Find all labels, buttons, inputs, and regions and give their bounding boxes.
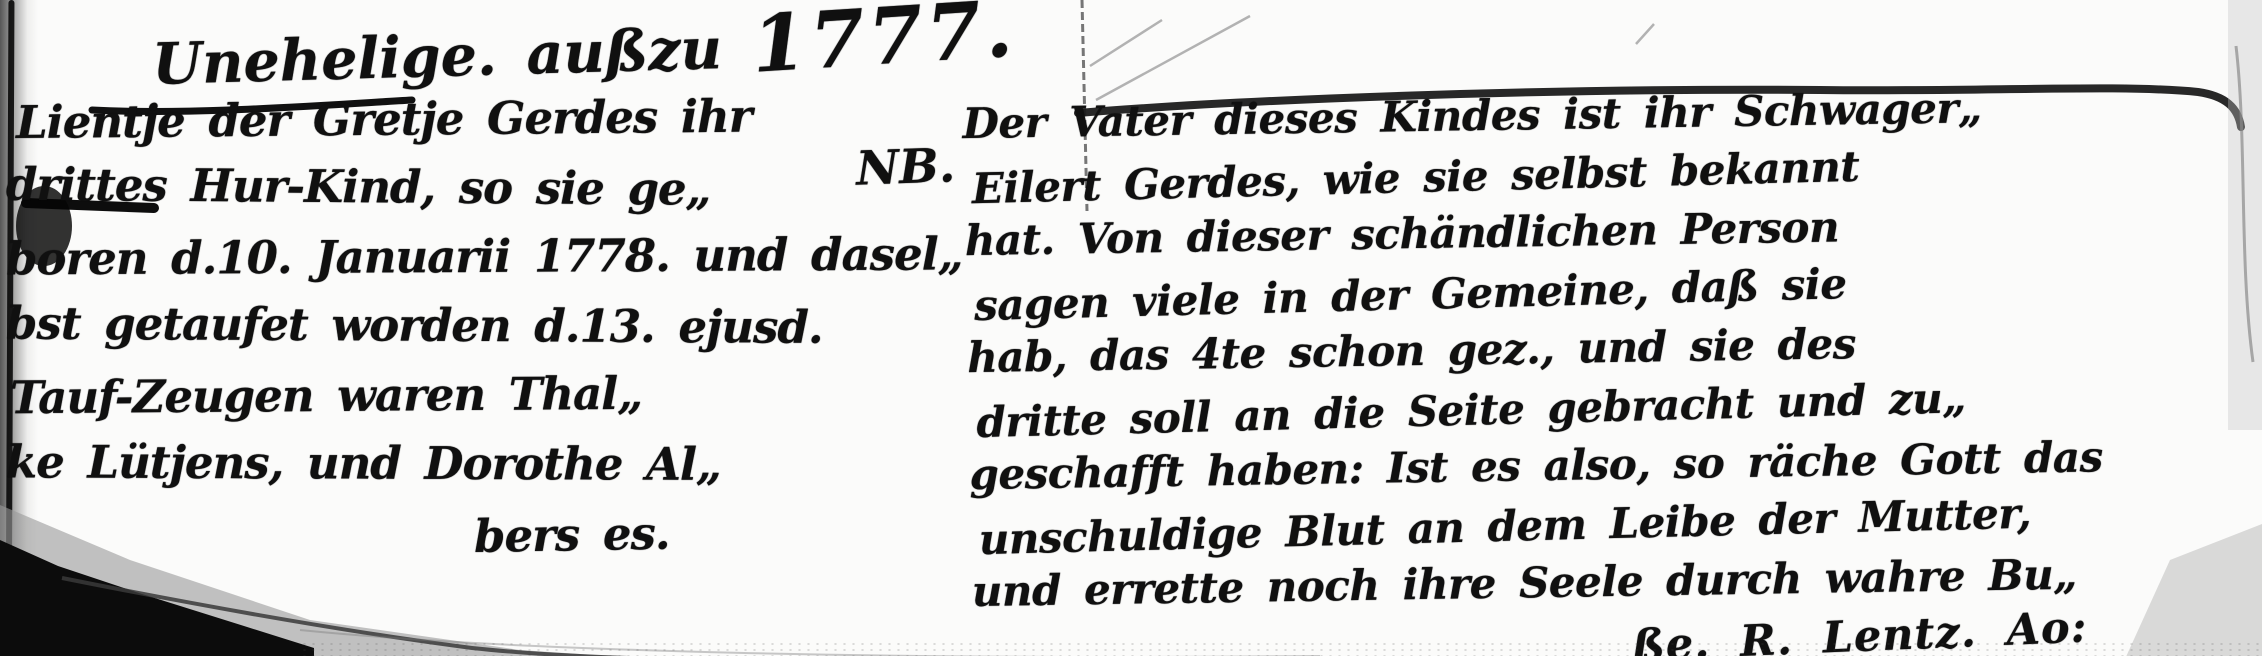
entry-line: boren d.10. Januarii 1778. und dasel„ bbox=[6, 220, 936, 294]
entry-line: Tauf-Zeugen waren Thal„ bbox=[10, 357, 936, 432]
entry-line: bst getaufet worden d.13. ejusd. bbox=[6, 289, 936, 363]
heading-year: 1777. bbox=[749, 0, 1018, 91]
entry-line: bers es. bbox=[473, 494, 936, 571]
entry-line: Lientje der Gretje Gerdes ihr bbox=[16, 80, 937, 157]
entry-line: drittes Hur-Kind, so sie ge„ bbox=[6, 150, 936, 225]
manuscript-page: Unehelige. außzu 1777. Lientje der Gretj… bbox=[0, 0, 2262, 670]
right-note-column: Der Vater dieses Kindes ist ihr Schwager… bbox=[962, 72, 2262, 624]
nb-marker: NB. bbox=[855, 138, 956, 196]
entry-line: ke Lütjens, und Dorothe Al„ bbox=[6, 427, 936, 499]
left-entry-column: Lientje der Gretje Gerdes ihr drittes Hu… bbox=[6, 84, 936, 567]
scanner-margin bbox=[0, 656, 2262, 670]
